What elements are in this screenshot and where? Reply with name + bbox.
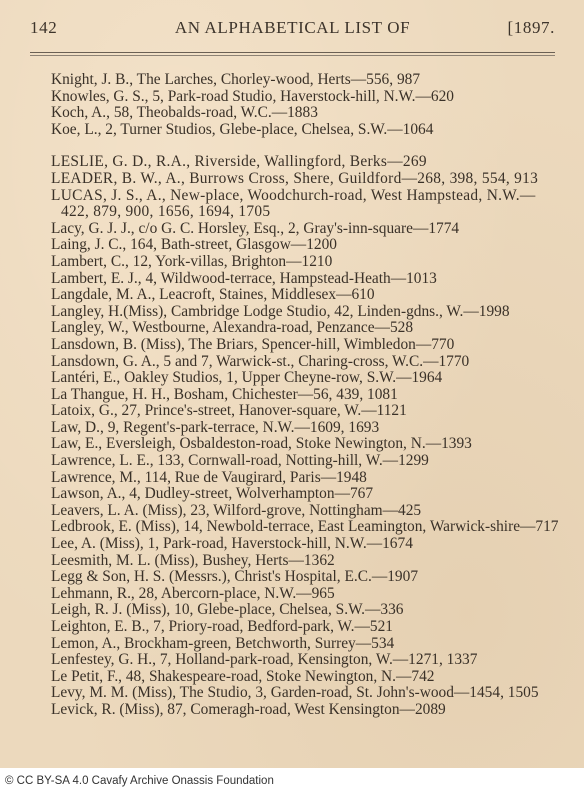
list-item: Langley, W., Westbourne, Alexandra-road,…: [51, 320, 561, 337]
list-item: Langley, H.(Miss), Cambridge Lodge Studi…: [51, 304, 561, 321]
list-item: Koe, L., 2, Turner Studios, Glebe-place,…: [51, 122, 561, 139]
list-item: Legg & Son, H. S. (Messrs.), Christ's Ho…: [51, 569, 561, 586]
list-item: Leigh, R. J. (Miss), 10, Glebe-place, Ch…: [51, 602, 561, 619]
list-item: Lee, A. (Miss), 1, Park-road, Haverstock…: [51, 536, 561, 553]
list-item: Levick, R. (Miss), 87, Comeragh-road, We…: [51, 702, 561, 719]
list-item: Lambert, C., 12, York-villas, Brighton—1…: [51, 254, 561, 271]
list-item: Le Petit, F., 48, Shakespeare-road, Stok…: [51, 669, 561, 686]
list-item: Lenfestey, G. H., 7, Holland-park-road, …: [51, 652, 561, 669]
list-item: Lawson, A., 4, Dudley-street, Wolverhamp…: [51, 486, 561, 503]
list-item: La Thangue, H. H., Bosham, Chichester—56…: [51, 387, 561, 404]
list-item: LUCAS, J. S., A., New-place, Woodchurch-…: [51, 188, 561, 221]
list-item: Langdale, M. A., Leacroft, Staines, Midd…: [51, 287, 561, 304]
list-item: Ledbrook, E. (Miss), 14, Newbold-terrace…: [51, 519, 561, 536]
header-year: [1897.: [507, 18, 555, 38]
list-item: Law, D., 9, Regent's-park-terrace, N.W.—…: [51, 420, 561, 437]
list-item: LESLIE, G. D., R.A., Riverside, Wallingf…: [51, 154, 561, 171]
list-item: Lansdown, G. A., 5 and 7, Warwick-st., C…: [51, 354, 561, 371]
copyright-credit: © CC BY-SA 4.0 Cavafy Archive Onassis Fo…: [5, 775, 274, 787]
list-item: Knowles, G. S., 5, Park-road Studio, Hav…: [51, 89, 561, 106]
list-item: Lawrence, M., 114, Rue de Vaugirard, Par…: [51, 470, 561, 487]
page-title: AN ALPHABETICAL LIST OF: [30, 18, 555, 38]
header-rule-bottom: [30, 55, 555, 56]
header-rule-top: [30, 52, 555, 53]
list-item: Latoix, G., 27, Prince's-street, Hanover…: [51, 403, 561, 420]
list-item: Leighton, E. B., 7, Priory-road, Bedford…: [51, 619, 561, 636]
list-item: Lansdown, B. (Miss), The Briars, Spencer…: [51, 337, 561, 354]
list-item: Leesmith, M. L. (Miss), Bushey, Herts—13…: [51, 553, 561, 570]
list-item: Knight, J. B., The Larches, Chorley-wood…: [51, 72, 561, 89]
list-item: Leavers, L. A. (Miss), 23, Wilford-grove…: [51, 503, 561, 520]
scanned-page: 142 AN ALPHABETICAL LIST OF [1897. Knigh…: [0, 0, 584, 768]
list-item: Lemon, A., Brockham-green, Betchworth, S…: [51, 636, 561, 653]
list-item: LEADER, B. W., A., Burrows Cross, Shere,…: [51, 171, 561, 188]
list-item: Lambert, E. J., 4, Wildwood-terrace, Ham…: [51, 271, 561, 288]
entry-list: Knight, J. B., The Larches, Chorley-wood…: [51, 72, 561, 719]
list-item: Lehmann, R., 28, Abercorn-place, N.W.—96…: [51, 586, 561, 603]
list-item: Laing, J. C., 164, Bath-street, Glasgow—…: [51, 237, 561, 254]
running-header: 142 AN ALPHABETICAL LIST OF [1897.: [30, 18, 555, 40]
list-item: Law, E., Eversleigh, Osbaldeston-road, S…: [51, 436, 561, 453]
section-gap: [51, 138, 561, 154]
list-item: Koch, A., 58, Theobalds-road, W.C.—1883: [51, 105, 561, 122]
list-item: Lacy, G. J. J., c/o G. C. Horsley, Esq.,…: [51, 221, 561, 238]
list-item: Lawrence, L. E., 133, Cornwall-road, Not…: [51, 453, 561, 470]
list-item: Levy, M. M. (Miss), The Studio, 3, Garde…: [51, 685, 561, 702]
list-item: Lantéri, E., Oakley Studios, 1, Upper Ch…: [51, 370, 561, 387]
